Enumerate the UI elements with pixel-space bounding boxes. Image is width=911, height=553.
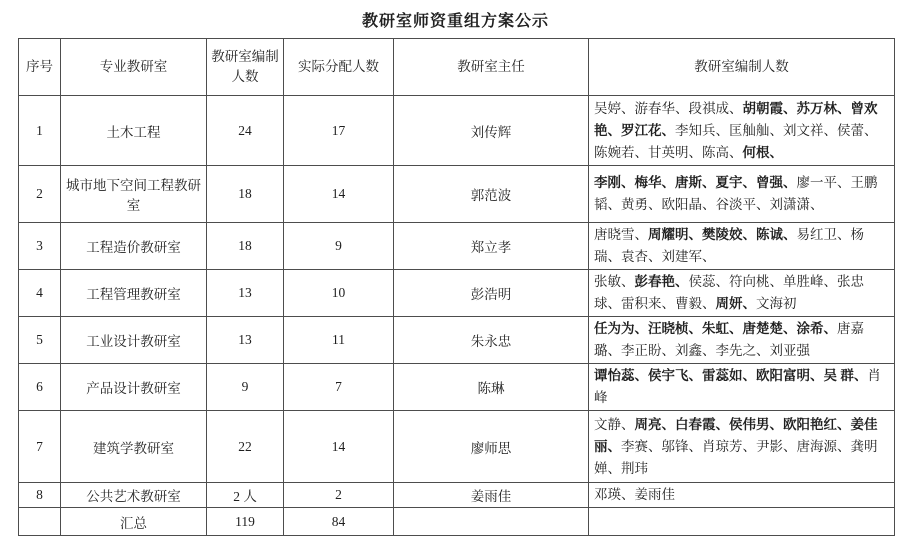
staff-name: 吴婷、游春华、段祺成、 [594,101,743,116]
director-cell: 陈琳 [394,364,589,411]
table-row: 4工程管理教研室1310彭浩明张敏、彭春艳、侯蕊、符向桃、单胜峰、张忠球、雷积来… [19,270,895,317]
director-cell: 廖师思 [394,411,589,483]
table-row: 8公共艺术教研室2 人2姜雨佳邓瑛、姜雨佳 [19,483,895,508]
quota-cell: 13 [207,317,284,364]
staff-name: 李赛、邬锋、肖琼芳、尹影、唐海源、龚明婵、荆玮 [594,439,878,476]
quota-cell: 9 [207,364,284,411]
staff-cell: 张敏、彭春艳、侯蕊、符向桃、单胜峰、张忠球、雷积来、曹毅、周妍、文海初 [589,270,895,317]
serial-cell: 6 [19,364,61,411]
office-cell: 土木工程 [61,96,207,166]
director-cell: 彭浩明 [394,270,589,317]
director-cell: 郑立孝 [394,223,589,270]
serial-cell [19,508,61,536]
office-cell: 工程管理教研室 [61,270,207,317]
staff-cell: 文静、周亮、白春霞、侯伟男、欧阳艳红、姜佳丽、李赛、邬锋、肖琼芳、尹影、唐海源、… [589,411,895,483]
quota-cell: 18 [207,223,284,270]
staff-name-bold: 周耀明、樊陵姣、陈诚、 [648,227,797,242]
column-header-staff: 教研室编制人数 [589,39,895,96]
actual-cell: 7 [284,364,394,411]
staff-name: 文海初 [756,296,797,311]
staff-cell: 谭怡蕊、侯宇飞、雷蕊如、欧阳富明、吴 群、肖峰 [589,364,895,411]
office-cell: 城市地下空间工程教研室 [61,166,207,223]
serial-cell: 5 [19,317,61,364]
office-cell: 工业设计教研室 [61,317,207,364]
actual-cell: 14 [284,411,394,483]
table-body: 1土木工程2417刘传辉吴婷、游春华、段祺成、胡朝霞、苏万林、曾欢艳、罗江花、李… [19,96,895,536]
staff-name-bold: 彭春艳、 [635,274,689,289]
column-header-serial: 序号 [19,39,61,96]
serial-cell: 8 [19,483,61,508]
director-cell: 朱永忠 [394,317,589,364]
quota-cell: 24 [207,96,284,166]
staff-cell: 邓瑛、姜雨佳 [589,483,895,508]
quota-cell: 18 [207,166,284,223]
serial-cell: 1 [19,96,61,166]
director-cell [394,508,589,536]
serial-cell: 3 [19,223,61,270]
column-header-office: 专业教研室 [61,39,207,96]
quota-cell: 2 人 [207,483,284,508]
office-cell: 公共艺术教研室 [61,483,207,508]
table-row: 1土木工程2417刘传辉吴婷、游春华、段祺成、胡朝霞、苏万林、曾欢艳、罗江花、李… [19,96,895,166]
actual-cell: 17 [284,96,394,166]
actual-cell: 2 [284,483,394,508]
staff-cell: 吴婷、游春华、段祺成、胡朝霞、苏万林、曾欢艳、罗江花、李知兵、匡舢舢、刘文祥、侯… [589,96,895,166]
staff-name-bold: 周妍、 [716,296,757,311]
office-cell: 工程造价教研室 [61,223,207,270]
actual-cell: 9 [284,223,394,270]
table-row: 6产品设计教研室97陈琳谭怡蕊、侯宇飞、雷蕊如、欧阳富明、吴 群、肖峰 [19,364,895,411]
director-cell: 刘传辉 [394,96,589,166]
serial-cell: 7 [19,411,61,483]
table-row: 汇总11984 [19,508,895,536]
staff-name-bold: 任为为、汪晓桢、朱虹、唐楚楚、涂希、 [594,321,837,336]
serial-cell: 4 [19,270,61,317]
column-header-director: 教研室主任 [394,39,589,96]
quota-cell: 13 [207,270,284,317]
staff-name-bold: 何根、 [743,145,784,160]
staff-cell: 李刚、梅华、唐斯、夏宇、曾强、廖一平、王鹏韬、黄勇、欧阳晶、谷淡平、刘潇潇、 [589,166,895,223]
staff-name-bold: 李刚、梅华、唐斯、夏宇、曾强、 [594,175,797,190]
quota-cell: 119 [207,508,284,536]
actual-cell: 84 [284,508,394,536]
table-row: 3工程造价教研室189郑立孝唐晓雪、周耀明、樊陵姣、陈诚、易红卫、杨瑞、袁杏、刘… [19,223,895,270]
header-row: 序号专业教研室教研室编制人数实际分配人数教研室主任教研室编制人数 [19,39,895,96]
staff-name: 张敏、 [594,274,635,289]
quota-cell: 22 [207,411,284,483]
actual-cell: 11 [284,317,394,364]
actual-cell: 14 [284,166,394,223]
office-cell: 建筑学教研室 [61,411,207,483]
staff-name: 邓瑛、姜雨佳 [594,487,675,502]
office-cell: 产品设计教研室 [61,364,207,411]
staff-cell: 任为为、汪晓桢、朱虹、唐楚楚、涂希、唐嘉璐、李正盼、刘鑫、李先之、刘亚强 [589,317,895,364]
table-row: 2城市地下空间工程教研室1814郭范波李刚、梅华、唐斯、夏宇、曾强、廖一平、王鹏… [19,166,895,223]
director-cell: 姜雨佳 [394,483,589,508]
staff-name: 文静、 [594,417,635,432]
table-row: 5工业设计教研室1311朱永忠任为为、汪晓桢、朱虹、唐楚楚、涂希、唐嘉璐、李正盼… [19,317,895,364]
staff-name-bold: 谭怡蕊、侯宇飞、雷蕊如、欧阳富明、吴 群、 [594,368,867,383]
serial-cell: 2 [19,166,61,223]
column-header-actual: 实际分配人数 [284,39,394,96]
page-title: 教研室师资重组方案公示 [0,8,911,31]
office-cell: 汇总 [61,508,207,536]
staff-cell [589,508,895,536]
actual-cell: 10 [284,270,394,317]
staff-cell: 唐晓雪、周耀明、樊陵姣、陈诚、易红卫、杨瑞、袁杏、刘建军、 [589,223,895,270]
column-header-quota: 教研室编制人数 [207,39,284,96]
director-cell: 郭范波 [394,166,589,223]
staff-name: 唐晓雪、 [594,227,648,242]
staff-reorganization-table: 序号专业教研室教研室编制人数实际分配人数教研室主任教研室编制人数 1土木工程24… [18,38,895,536]
table-row: 7建筑学教研室2214廖师思文静、周亮、白春霞、侯伟男、欧阳艳红、姜佳丽、李赛、… [19,411,895,483]
